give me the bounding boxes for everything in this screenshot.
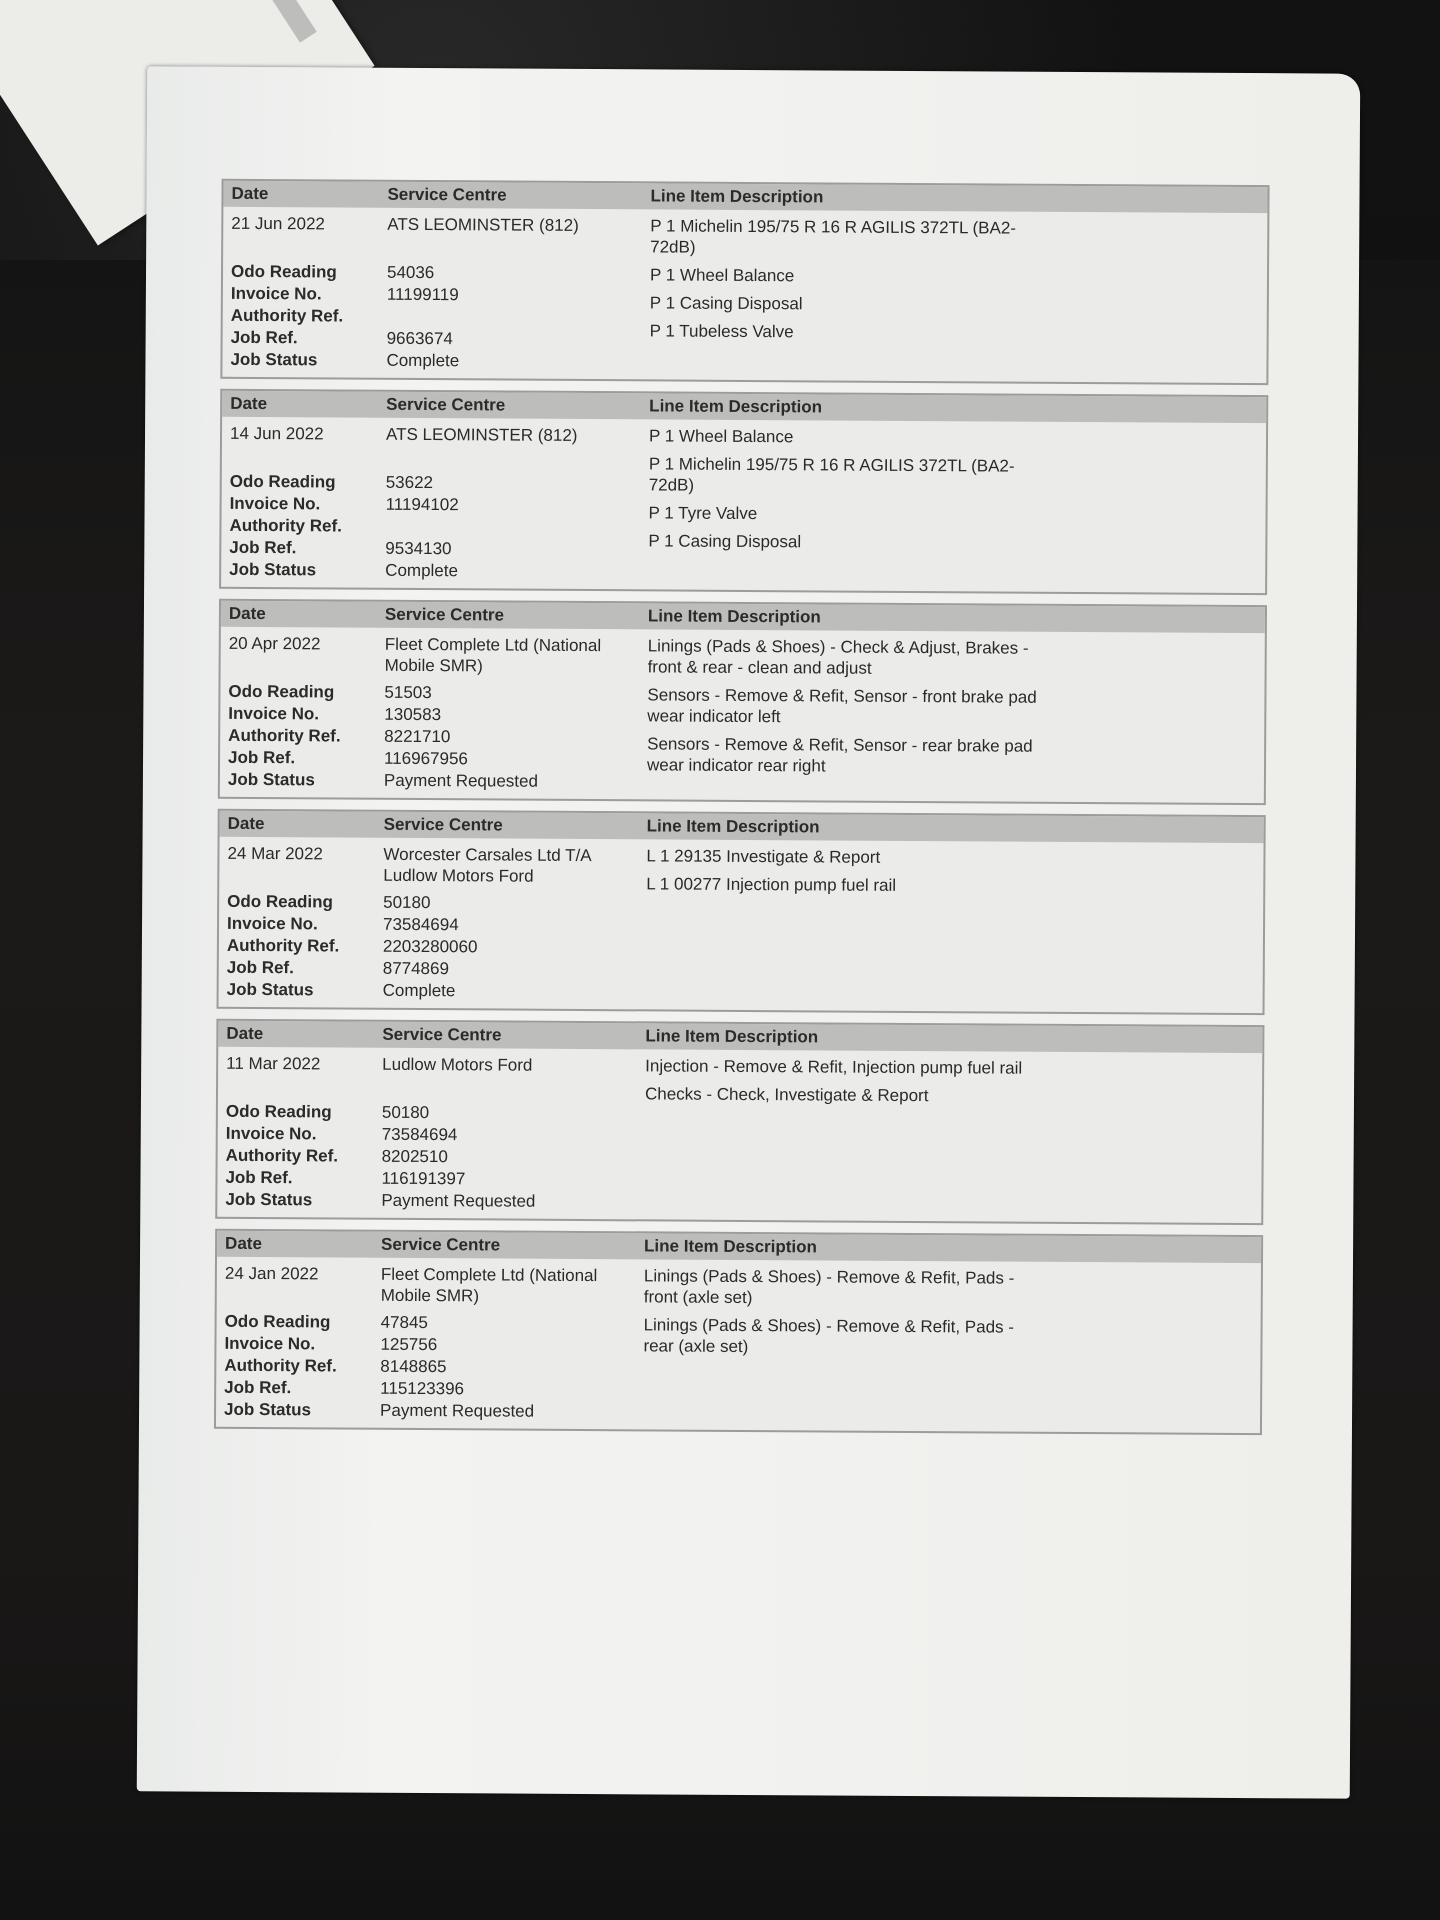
line-item: P 1 Casing Disposal bbox=[648, 530, 1048, 553]
job-ref-value: 116967956 bbox=[380, 748, 645, 772]
odo-row: Odo Reading 54036 bbox=[223, 261, 648, 286]
header-service-centre: Service Centre bbox=[383, 185, 648, 207]
authority-row: Authority Ref. 2203280060 bbox=[219, 935, 644, 960]
date-row: 21 Jun 2022 ATS LEOMINSTER (812) bbox=[223, 213, 648, 264]
line-item: P 1 Wheel Balance bbox=[649, 425, 1049, 448]
authority-value: 8148865 bbox=[376, 1356, 641, 1380]
authority-row: Authority Ref. 8221710 bbox=[220, 725, 645, 750]
job-status-label: Job Status bbox=[219, 979, 379, 1002]
record-body: 20 Apr 2022 Fleet Complete Ltd (National… bbox=[220, 627, 1265, 803]
service-record: Date Service Centre Line Item Descriptio… bbox=[214, 1229, 1263, 1435]
record-body: 24 Jan 2022 Fleet Complete Ltd (National… bbox=[216, 1257, 1261, 1433]
job-ref-row: Job Ref. 9663674 bbox=[223, 327, 648, 352]
job-status-label: Job Status bbox=[221, 559, 381, 582]
header-service-centre: Service Centre bbox=[377, 1235, 642, 1257]
odo-label: Odo Reading bbox=[223, 261, 383, 284]
record-body: 21 Jun 2022 ATS LEOMINSTER (812) Odo Rea… bbox=[222, 207, 1267, 383]
odo-value: 47845 bbox=[377, 1312, 642, 1336]
odo-label: Odo Reading bbox=[222, 471, 382, 494]
record-service-centre: Fleet Complete Ltd (National Mobile SMR) bbox=[377, 1264, 642, 1314]
authority-value: 8202510 bbox=[378, 1146, 643, 1170]
authority-label: Authority Ref. bbox=[219, 935, 379, 958]
header-date: Date bbox=[217, 1234, 377, 1255]
odo-label: Odo Reading bbox=[219, 891, 379, 914]
line-item: Sensors - Remove & Refit, Sensor - rear … bbox=[647, 733, 1047, 777]
job-ref-label: Job Ref. bbox=[217, 1167, 377, 1190]
invoice-row: Invoice No. 130583 bbox=[220, 703, 645, 728]
job-status-value: Payment Requested bbox=[377, 1190, 642, 1214]
odo-row: Odo Reading 53622 bbox=[222, 471, 647, 496]
line-item: Linings (Pads & Shoes) - Check & Adjust,… bbox=[648, 635, 1048, 679]
odo-value: 50180 bbox=[379, 892, 644, 916]
record-body: 11 Mar 2022 Ludlow Motors Ford Odo Readi… bbox=[217, 1047, 1262, 1223]
job-ref-value: 9534130 bbox=[381, 538, 646, 562]
header-line-item-description: Line Item Description bbox=[643, 1026, 1262, 1050]
header-service-centre: Service Centre bbox=[382, 395, 647, 417]
service-record: Date Service Centre Line Item Descriptio… bbox=[215, 1019, 1264, 1225]
job-status-row: Job Status Payment Requested bbox=[220, 769, 645, 794]
record-date: 24 Mar 2022 bbox=[219, 843, 379, 892]
line-items: Injection - Remove & Refit, Injection pu… bbox=[642, 1055, 1262, 1217]
line-item: P 1 Tyre Valve bbox=[648, 502, 1048, 525]
record-date: 11 Mar 2022 bbox=[218, 1053, 378, 1102]
header-date: Date bbox=[222, 394, 382, 415]
invoice-value: 73584694 bbox=[378, 1124, 643, 1148]
line-item: Linings (Pads & Shoes) - Remove & Refit,… bbox=[643, 1314, 1043, 1358]
authority-row: Authority Ref. 8148865 bbox=[216, 1355, 641, 1380]
invoice-value: 73584694 bbox=[379, 914, 644, 938]
invoice-value: 11194102 bbox=[382, 494, 647, 518]
invoice-label: Invoice No. bbox=[223, 283, 383, 306]
header-date: Date bbox=[218, 1024, 378, 1045]
job-ref-label: Job Ref. bbox=[216, 1377, 376, 1400]
record-details: 20 Apr 2022 Fleet Complete Ltd (National… bbox=[220, 633, 646, 794]
record-details: 14 Jun 2022 ATS LEOMINSTER (812) Odo Rea… bbox=[221, 423, 647, 584]
line-item: P 1 Michelin 195/75 R 16 R AGILIS 372TL … bbox=[649, 453, 1049, 497]
odo-value: 54036 bbox=[383, 262, 648, 286]
odo-row: Odo Reading 47845 bbox=[217, 1311, 642, 1336]
odo-value: 53622 bbox=[382, 472, 647, 496]
record-body: 24 Mar 2022 Worcester Carsales Ltd T/A L… bbox=[219, 837, 1264, 1013]
record-service-centre: Worcester Carsales Ltd T/A Ludlow Motors… bbox=[379, 844, 644, 894]
job-ref-value: 116191397 bbox=[377, 1168, 642, 1192]
odo-label: Odo Reading bbox=[220, 681, 380, 704]
invoice-row: Invoice No. 11199119 bbox=[223, 283, 648, 308]
authority-label: Authority Ref. bbox=[216, 1355, 376, 1378]
invoice-row: Invoice No. 11194102 bbox=[222, 493, 647, 518]
line-items: L 1 29135 Investigate & ReportL 1 00277 … bbox=[644, 845, 1264, 1007]
job-status-label: Job Status bbox=[216, 1399, 376, 1422]
odo-value: 51503 bbox=[380, 682, 645, 706]
line-item: Linings (Pads & Shoes) - Remove & Refit,… bbox=[644, 1265, 1044, 1309]
line-items: P 1 Michelin 195/75 R 16 R AGILIS 372TL … bbox=[647, 215, 1267, 377]
date-row: 20 Apr 2022 Fleet Complete Ltd (National… bbox=[221, 633, 646, 684]
job-status-row: Job Status Payment Requested bbox=[216, 1399, 641, 1424]
invoice-label: Invoice No. bbox=[219, 913, 379, 936]
job-ref-row: Job Ref. 116967956 bbox=[220, 747, 645, 772]
invoice-label: Invoice No. bbox=[218, 1123, 378, 1146]
job-ref-label: Job Ref. bbox=[220, 747, 380, 770]
invoice-row: Invoice No. 125756 bbox=[216, 1333, 641, 1358]
job-status-row: Job Status Complete bbox=[222, 349, 647, 374]
line-items: P 1 Wheel BalanceP 1 Michelin 195/75 R 1… bbox=[646, 425, 1266, 587]
record-details: 11 Mar 2022 Ludlow Motors Ford Odo Readi… bbox=[217, 1053, 643, 1214]
header-date: Date bbox=[220, 814, 380, 835]
job-ref-row: Job Ref. 9534130 bbox=[221, 537, 646, 562]
job-status-value: Payment Requested bbox=[376, 1400, 641, 1424]
line-item: Sensors - Remove & Refit, Sensor - front… bbox=[647, 684, 1047, 728]
line-item: L 1 00277 Injection pump fuel rail bbox=[646, 873, 1046, 896]
authority-row: Authority Ref. bbox=[223, 305, 648, 330]
service-record: Date Service Centre Line Item Descriptio… bbox=[219, 389, 1268, 595]
line-item: P 1 Michelin 195/75 R 16 R AGILIS 372TL … bbox=[650, 215, 1050, 259]
record-details: 24 Jan 2022 Fleet Complete Ltd (National… bbox=[216, 1263, 642, 1424]
header-line-item-description: Line Item Description bbox=[647, 396, 1266, 420]
job-status-label: Job Status bbox=[222, 349, 382, 372]
job-ref-label: Job Ref. bbox=[221, 537, 381, 560]
line-item: P 1 Wheel Balance bbox=[650, 264, 1050, 287]
invoice-value: 130583 bbox=[380, 704, 645, 728]
authority-label: Authority Ref. bbox=[218, 1145, 378, 1168]
date-row: 24 Mar 2022 Worcester Carsales Ltd T/A L… bbox=[219, 843, 644, 894]
header-service-centre: Service Centre bbox=[381, 605, 646, 627]
authority-label: Authority Ref. bbox=[221, 515, 381, 538]
job-status-row: Job Status Complete bbox=[221, 559, 646, 584]
job-ref-value: 115123396 bbox=[376, 1378, 641, 1402]
job-status-value: Complete bbox=[379, 980, 644, 1004]
record-service-centre: Fleet Complete Ltd (National Mobile SMR) bbox=[381, 634, 646, 684]
invoice-label: Invoice No. bbox=[220, 703, 380, 726]
job-ref-row: Job Ref. 8774869 bbox=[219, 957, 644, 982]
date-row: 24 Jan 2022 Fleet Complete Ltd (National… bbox=[217, 1263, 642, 1314]
service-record: Date Service Centre Line Item Descriptio… bbox=[220, 179, 1269, 385]
odo-row: Odo Reading 51503 bbox=[220, 681, 645, 706]
service-record: Date Service Centre Line Item Descriptio… bbox=[218, 599, 1267, 805]
line-item: L 1 29135 Investigate & Report bbox=[646, 845, 1046, 868]
header-service-centre: Service Centre bbox=[378, 1025, 643, 1047]
job-status-label: Job Status bbox=[220, 769, 380, 792]
job-ref-row: Job Ref. 115123396 bbox=[216, 1377, 641, 1402]
authority-row: Authority Ref. bbox=[221, 515, 646, 540]
authority-value bbox=[381, 516, 646, 540]
odo-value: 50180 bbox=[378, 1102, 643, 1126]
authority-value: 2203280060 bbox=[379, 936, 644, 960]
odo-label: Odo Reading bbox=[218, 1101, 378, 1124]
line-item: Injection - Remove & Refit, Injection pu… bbox=[645, 1055, 1045, 1078]
service-records-list: Date Service Centre Line Item Descriptio… bbox=[214, 179, 1270, 1445]
header-line-item-description: Line Item Description bbox=[646, 606, 1265, 630]
header-line-item-description: Line Item Description bbox=[645, 816, 1264, 840]
line-item: P 1 Tubeless Valve bbox=[650, 320, 1050, 343]
job-ref-value: 9663674 bbox=[383, 328, 648, 352]
job-ref-row: Job Ref. 116191397 bbox=[217, 1167, 642, 1192]
job-status-value: Payment Requested bbox=[380, 770, 645, 794]
service-history-sheet: Date Service Centre Line Item Descriptio… bbox=[137, 66, 1361, 1798]
odo-row: Odo Reading 50180 bbox=[219, 891, 644, 916]
date-row: 14 Jun 2022 ATS LEOMINSTER (812) bbox=[222, 423, 647, 474]
invoice-value: 125756 bbox=[376, 1334, 641, 1358]
invoice-value: 11199119 bbox=[383, 284, 648, 308]
invoice-row: Invoice No. 73584694 bbox=[218, 1123, 643, 1148]
header-line-item-description: Line Item Description bbox=[648, 186, 1267, 210]
authority-label: Authority Ref. bbox=[220, 725, 380, 748]
invoice-row: Invoice No. 73584694 bbox=[219, 913, 644, 938]
line-item: P 1 Casing Disposal bbox=[650, 292, 1050, 315]
record-date: 21 Jun 2022 bbox=[223, 213, 383, 262]
job-ref-label: Job Ref. bbox=[223, 327, 383, 350]
header-line-item-description: Line Item Description bbox=[642, 1236, 1261, 1260]
authority-value bbox=[383, 306, 648, 330]
header-date: Date bbox=[221, 604, 381, 625]
job-status-value: Complete bbox=[382, 350, 647, 374]
job-status-value: Complete bbox=[381, 560, 646, 584]
job-status-label: Job Status bbox=[217, 1189, 377, 1212]
record-service-centre: ATS LEOMINSTER (812) bbox=[383, 214, 648, 264]
authority-value: 8221710 bbox=[380, 726, 645, 750]
odo-label: Odo Reading bbox=[217, 1311, 377, 1334]
record-date: 14 Jun 2022 bbox=[222, 423, 382, 472]
record-details: 24 Mar 2022 Worcester Carsales Ltd T/A L… bbox=[219, 843, 645, 1004]
record-body: 14 Jun 2022 ATS LEOMINSTER (812) Odo Rea… bbox=[221, 417, 1266, 593]
invoice-label: Invoice No. bbox=[216, 1333, 376, 1356]
service-record: Date Service Centre Line Item Descriptio… bbox=[217, 809, 1266, 1015]
record-service-centre: ATS LEOMINSTER (812) bbox=[382, 424, 647, 474]
invoice-label: Invoice No. bbox=[222, 493, 382, 516]
job-status-row: Job Status Complete bbox=[219, 979, 644, 1004]
line-items: Linings (Pads & Shoes) - Check & Adjust,… bbox=[645, 635, 1265, 797]
record-date: 20 Apr 2022 bbox=[221, 633, 381, 682]
line-item: Checks - Check, Investigate & Report bbox=[645, 1083, 1045, 1106]
line-items: Linings (Pads & Shoes) - Remove & Refit,… bbox=[641, 1265, 1261, 1427]
authority-label: Authority Ref. bbox=[223, 305, 383, 328]
authority-row: Authority Ref. 8202510 bbox=[218, 1145, 643, 1170]
record-service-centre: Ludlow Motors Ford bbox=[378, 1054, 643, 1104]
job-status-row: Job Status Payment Requested bbox=[217, 1189, 642, 1214]
record-details: 21 Jun 2022 ATS LEOMINSTER (812) Odo Rea… bbox=[222, 213, 648, 374]
job-ref-value: 8774869 bbox=[379, 958, 644, 982]
header-date: Date bbox=[223, 184, 383, 205]
job-ref-label: Job Ref. bbox=[219, 957, 379, 980]
date-row: 11 Mar 2022 Ludlow Motors Ford bbox=[218, 1053, 643, 1104]
odo-row: Odo Reading 50180 bbox=[218, 1101, 643, 1126]
header-service-centre: Service Centre bbox=[380, 815, 645, 837]
record-date: 24 Jan 2022 bbox=[217, 1263, 377, 1312]
paper-stripe bbox=[137, 0, 317, 43]
